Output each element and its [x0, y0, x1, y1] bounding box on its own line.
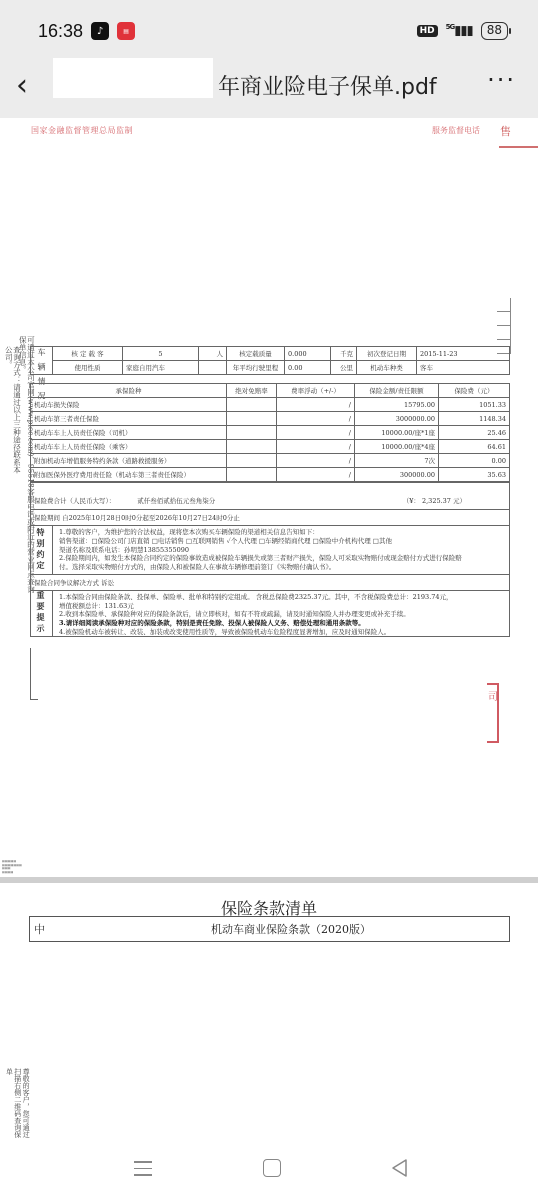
- coverage-name: 附加机动车增值服务特约条款（道路救援服务）: [31, 454, 227, 468]
- special-agreement: 特别约定 1.尊敬的客户，为维护您的合法权益，现将您本次购买车辆保险的渠道相关信…: [30, 526, 510, 575]
- stamp-char: 司: [488, 688, 498, 703]
- vehicle-cell: 核 定 载 客: [53, 347, 123, 361]
- special-line: 1.尊敬的客户，为维护您的合法权益，现将您本次购买车辆保险的渠道相关信息告知如下…: [59, 528, 503, 537]
- insured-amount: 3000000.00: [355, 412, 439, 426]
- vehicle-cell: 2015-11-23: [417, 347, 510, 361]
- notice-text: 1.本保险合同由保险条款、投保单、保险单、批单和特别约定组成。 含税总保险费23…: [53, 591, 509, 636]
- vehicle-row: 车 辆 情 况核 定 载 客5人核定载质量0.000千克初次登记日期2015-1…: [31, 347, 510, 361]
- back-nav-icon[interactable]: [388, 1156, 412, 1180]
- coverage-name: 机动车第三者责任保险: [31, 412, 227, 426]
- policy-table: 车 辆 情 况核 定 载 客5人核定载质量0.000千克初次登记日期2015-1…: [30, 346, 510, 375]
- tiktok-icon: ♪: [91, 22, 109, 40]
- back-icon[interactable]: ‹: [16, 68, 28, 103]
- insured-amount: 10000.00/座*4座: [355, 440, 439, 454]
- regulator-header: 国家金融监督管理总局监制: [31, 125, 133, 136]
- col-deductible: 绝对免赔率: [227, 384, 277, 398]
- premium: 64.61: [439, 440, 510, 454]
- vehicle-cell: 千克: [331, 347, 357, 361]
- special-line: 销售渠道：□保险公司门店直销 □电话销售 □互联网销售 ✓个人代理 □车辆经销商…: [59, 537, 503, 546]
- insured-amount: 300000.00: [355, 468, 439, 482]
- battery-icon: 88: [481, 22, 508, 40]
- signature-bracket: [30, 648, 38, 700]
- premium: 0.00: [439, 454, 510, 468]
- vehicle-cell: 核定载质量: [227, 347, 285, 361]
- deductible: [227, 468, 277, 482]
- premium: 25.46: [439, 426, 510, 440]
- rate-float: /: [277, 412, 355, 426]
- coverage-row: 附加医保外医疗费用责任险（机动车第三者责任保险）/300000.0035.63: [31, 468, 510, 482]
- notice-label: 重要提示: [36, 591, 47, 635]
- vehicle-cell: 车 辆 情 况: [31, 347, 53, 375]
- status-indicators: HD 5G▮▮▮ 88: [417, 22, 508, 40]
- total-words: 贰仟叁佰贰拾伍元叁角柒分: [137, 496, 215, 505]
- col-float: 费率浮动（+/-）: [277, 384, 355, 398]
- clause-prefix: 中: [34, 921, 45, 937]
- insured-amount: 7次: [355, 454, 439, 468]
- coverage-name: 附加医保外医疗费用责任险（机动车第三者责任保险）: [31, 468, 227, 482]
- special-label: 特别约定: [36, 528, 47, 572]
- more-options-icon[interactable]: ···: [487, 66, 516, 94]
- total-label: 保险费合计（人民币大写）：: [34, 496, 115, 505]
- special-line: 付。选择采取实物赔付方式的，由保险人和被保险人在事故车辆修理前签订《实物赔付确认…: [59, 563, 503, 572]
- coverage-name: 机动车损失保险: [31, 398, 227, 412]
- special-text: 1.尊敬的客户，为维护您的合法权益，现将您本次购买车辆保险的渠道相关信息告知如下…: [53, 526, 509, 574]
- document-title: 年商业险电子保单.pdf: [218, 70, 437, 101]
- vehicle-cell: 0.000: [285, 347, 331, 361]
- coverage-row: 机动车车上人员责任保险（乘客）/10000.00/座*4座64.61: [31, 440, 510, 454]
- total-amount: （¥： 2,325.37 元）: [403, 496, 466, 505]
- col-premium: 保险费（元）: [439, 384, 510, 398]
- notice-line: 4.被保险机动车被转让、改装、加装或改变使用性质等，导致被保险机动车危险程度显著…: [59, 628, 503, 637]
- clause-list-box: 中 机动车商业保险条款（2020版）: [29, 916, 510, 942]
- coverage-row: 附加机动车增值服务特约条款（道路救援服务）/7次0.00: [31, 454, 510, 468]
- important-notice: 重要提示 1.本保险合同由保险条款、投保单、保险单、批单和特别约定组成。 含税总…: [30, 591, 510, 637]
- notice-line: 3.请详细阅读承保险种对应的保险条款，特别是责任免除、投保人被保险人义务、赔偿处…: [59, 619, 503, 628]
- special-line: 渠道名称及联系电话：孙明慧13855355090: [59, 546, 503, 555]
- special-line: 2.保险期间内，如发生本保险合同约定的保险事故造成被保险车辆损失或第三者财产损失…: [59, 554, 503, 563]
- vehicle-cell: 家庭自用汽车: [123, 361, 199, 375]
- system-navigation-bar: [0, 1140, 538, 1200]
- red-app-icon: ▤: [117, 22, 135, 40]
- vehicle-cell: 0.00: [285, 361, 331, 375]
- premium-total-row: 保险费合计（人民币大写）： 贰仟叁佰贰拾伍元叁角柒分 （¥： 2,325.37 …: [30, 482, 510, 510]
- policy-notes: 保险费合计（人民币大写）： 贰仟叁佰贰拾伍元叁角柒分 （¥： 2,325.37 …: [30, 482, 510, 637]
- menu-icon[interactable]: [131, 1156, 155, 1180]
- insured-amount: 15795.00: [355, 398, 439, 412]
- coverage-header-row: 承保险种 绝对免赔率 费率浮动（+/-） 保险金额/责任限额 保险费（元）: [31, 384, 510, 398]
- rate-float: /: [277, 440, 355, 454]
- status-bar: 16:38 ♪ ▤ HD 5G▮▮▮ 88: [38, 18, 508, 44]
- deductible: [227, 454, 277, 468]
- premium: 1148.34: [439, 412, 510, 426]
- red-rule: [499, 146, 538, 148]
- vehicle-cell: [199, 361, 227, 375]
- rate-float: /: [277, 398, 355, 412]
- page-separator: [0, 877, 538, 883]
- rate-float: /: [277, 426, 355, 440]
- vehicle-cell: 客车: [417, 361, 510, 375]
- col-coverage: 承保险种: [31, 384, 227, 398]
- deductible: [227, 426, 277, 440]
- deductible: [227, 440, 277, 454]
- page2-margin-note: 尊敬的客户，您可通过扫描右侧二维码查询保单: [5, 1068, 30, 1138]
- coverage-name: 机动车车上人员责任保险（司机）: [31, 426, 227, 440]
- premium: 35.63: [439, 468, 510, 482]
- deductible: [227, 412, 277, 426]
- insured-amount: 10000.00/座*1座: [355, 426, 439, 440]
- vehicle-cell: 年平均行驶里程: [227, 361, 285, 375]
- coverage-name: 机动车车上人员责任保险（乘客）: [31, 440, 227, 454]
- coverage-row: 机动车车上人员责任保险（司机）/10000.00/座*1座25.46: [31, 426, 510, 440]
- rate-float: /: [277, 468, 355, 482]
- status-time: 16:38: [38, 21, 83, 42]
- coverage-row: 机动车损失保险/15795.001051.33: [31, 398, 510, 412]
- service-header: 服务监督电话: [432, 125, 480, 136]
- home-icon[interactable]: [260, 1156, 284, 1180]
- insurance-period: 保险期间 自2025年10月28日0时0分起至2026年10月27日24时0分止: [30, 510, 510, 526]
- rate-float: /: [277, 454, 355, 468]
- notice-line: 1.本保险合同由保险条款、投保单、保险单、批单和特别约定组成。 含税总保险费23…: [59, 593, 503, 602]
- clause-name: 机动车商业保险条款（2020版）: [211, 921, 371, 937]
- notice-line: 2.收到本保险单、承保险种对应的保险条款后，请立即核对，如有不符或疏漏，请及时通…: [59, 610, 503, 619]
- vehicle-cell: 使用性质: [53, 361, 123, 375]
- premium: 1051.33: [439, 398, 510, 412]
- vehicle-cell: 初次登记日期: [357, 347, 417, 361]
- vehicle-cell: 人: [199, 347, 227, 361]
- dispute-resolution: 保险合同争议解决方式 诉讼: [30, 575, 510, 591]
- deductible: [227, 398, 277, 412]
- redacted-title-prefix: [53, 58, 213, 98]
- hd-icon: HD: [417, 25, 438, 37]
- vehicle-row: 使用性质家庭自用汽车年平均行驶里程0.00公里机动车种类客车: [31, 361, 510, 375]
- coverage-table: 承保险种 绝对免赔率 费率浮动（+/-） 保险金额/责任限额 保险费（元） 机动…: [30, 383, 510, 482]
- document-header: ‹ 年商业险电子保单.pdf ···: [0, 58, 538, 114]
- col-amount: 保险金额/责任限额: [355, 384, 439, 398]
- red-corner-text: 售: [500, 123, 511, 139]
- vehicle-cell: 5: [123, 347, 199, 361]
- signal-icon: 5G▮▮▮: [446, 23, 473, 38]
- coverage-row: 机动车第三者责任保险/3000000.001148.34: [31, 412, 510, 426]
- vehicle-cell: 公里: [331, 361, 357, 375]
- signature-metadata: ▤▤▤▤▤▤▤▤▤▤▤▤▤▤▤▤▤▤▤: [2, 860, 22, 874]
- top-bar: 16:38 ♪ ▤ HD 5G▮▮▮ 88 ‹ 年商业险电子保单.pdf ···: [0, 0, 538, 118]
- vehicle-cell: 机动车种类: [357, 361, 417, 375]
